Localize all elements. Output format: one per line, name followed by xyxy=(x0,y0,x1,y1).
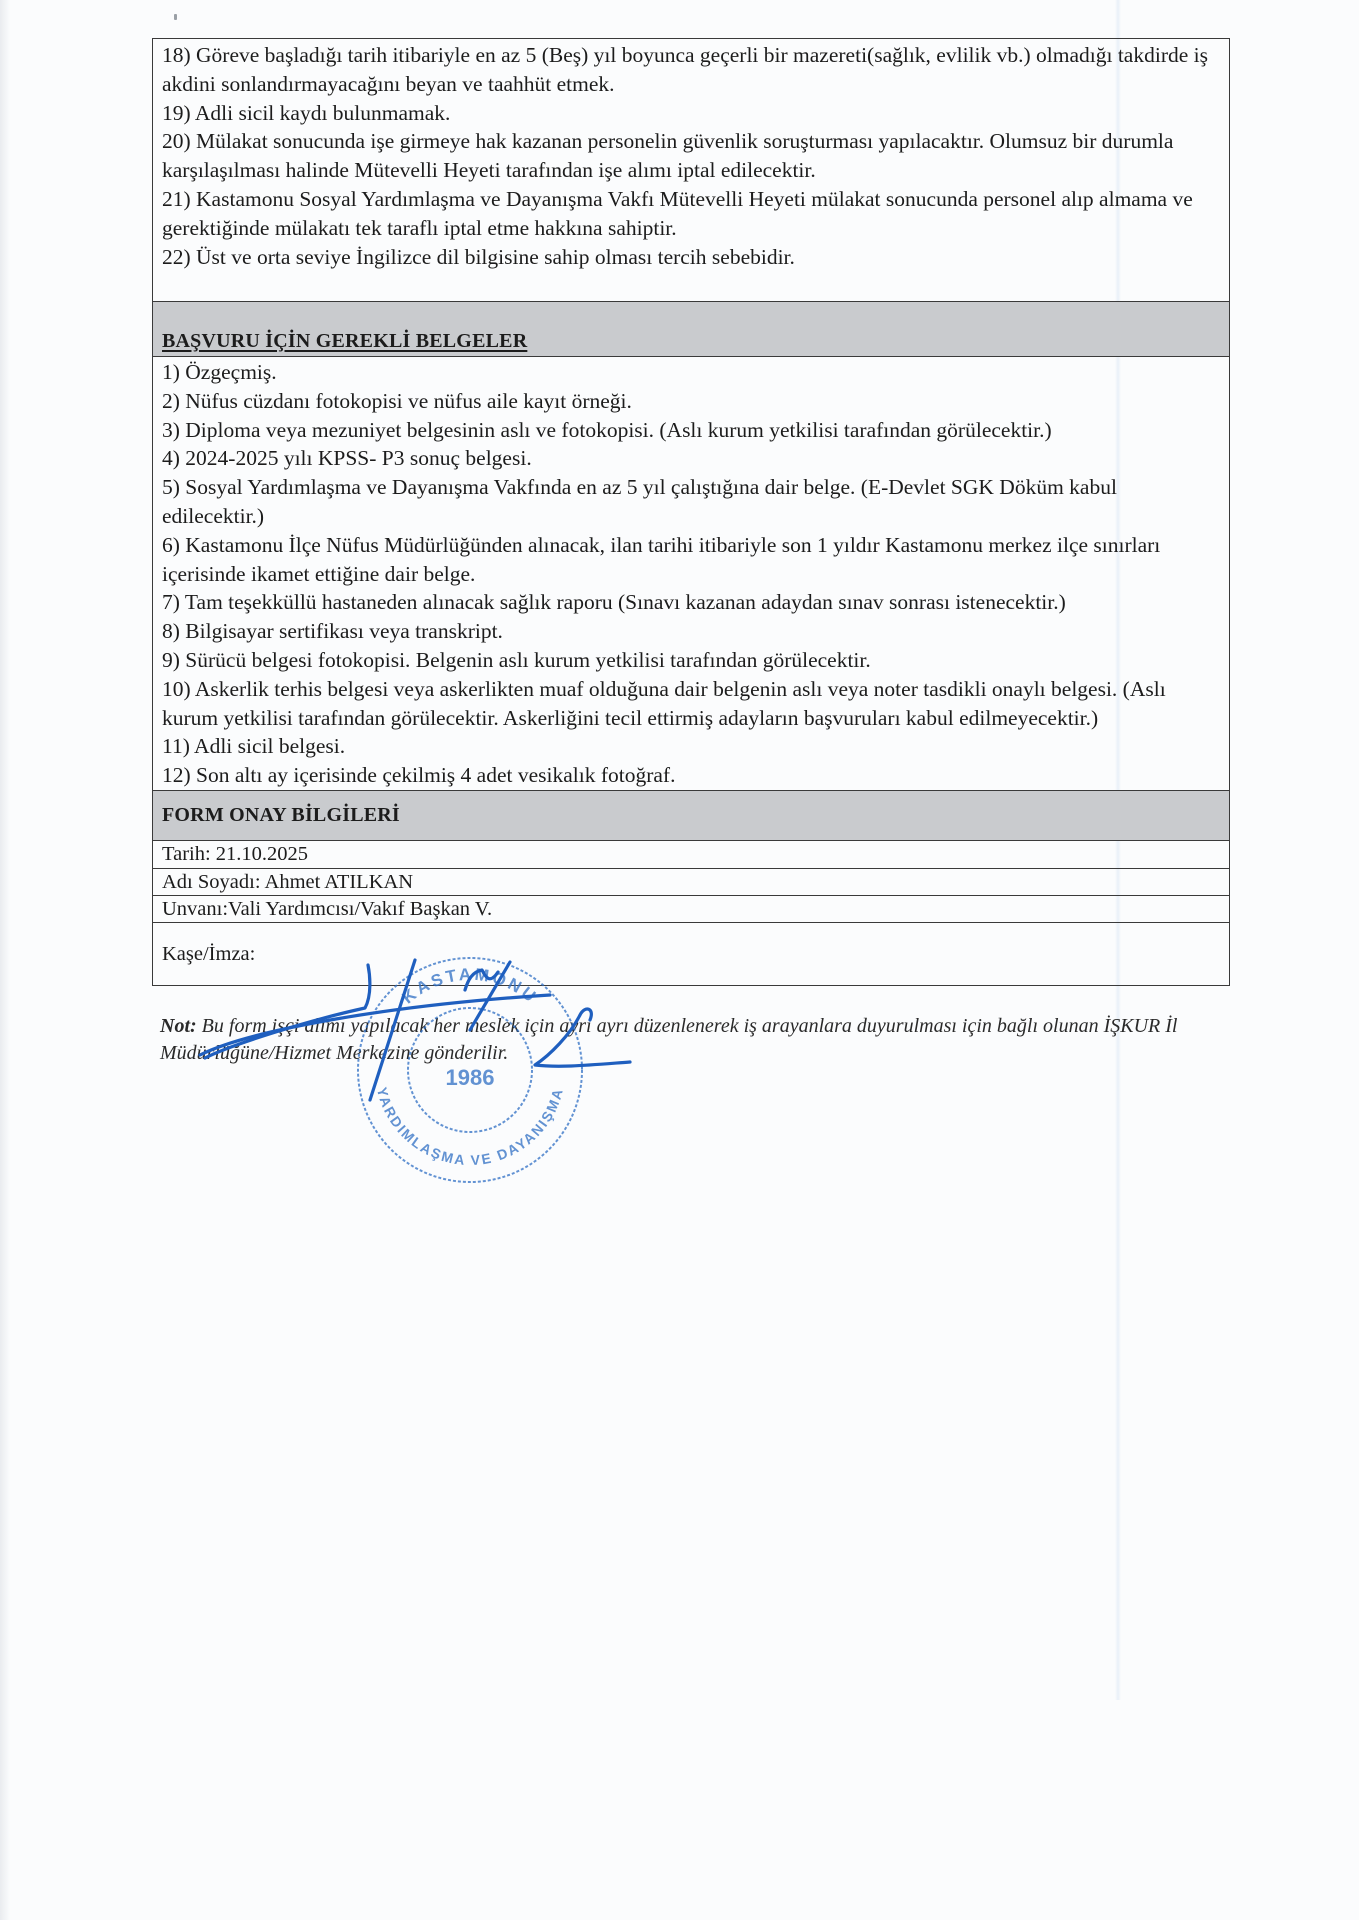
document-item: 1) Özgeçmiş. xyxy=(162,358,1221,387)
document-item: 7) Tam teşekküllü hastaneden alınacak sa… xyxy=(162,588,1221,617)
condition-item: 19) Adli sicil kaydı bulunmamak. xyxy=(162,99,1221,128)
scan-edge xyxy=(0,0,10,1920)
document-item: 6) Kastamonu İlçe Nüfus Müdürlüğünden al… xyxy=(162,531,1221,589)
condition-item: 18) Göreve başladığı tarih itibariyle en… xyxy=(162,41,1221,99)
svg-text:1986: 1986 xyxy=(446,1065,495,1090)
conditions-section: 18) Göreve başladığı tarih itibariyle en… xyxy=(153,39,1229,301)
document-item: 11) Adli sicil belgesi. xyxy=(162,732,1221,761)
note-text: Bu form işçi alımı yapılacak her meslek … xyxy=(160,1015,1177,1064)
signature-label: Kaşe/İmza: xyxy=(162,941,255,967)
footer-note: Not: Bu form işçi alımı yapılacak her me… xyxy=(160,1013,1250,1067)
signature-row: Kaşe/İmza: xyxy=(153,922,1229,985)
scan-speck xyxy=(174,14,177,20)
required-documents-header: BAŞVURU İÇİN GEREKLİ BELGELER xyxy=(153,301,1229,357)
document-item: 12) Son altı ay içerisinde çekilmiş 4 ad… xyxy=(162,761,1221,790)
note-label: Not: xyxy=(160,1015,197,1037)
approval-header: FORM ONAY BİLGİLERİ xyxy=(153,790,1229,841)
approval-name: Adı Soyadı: Ahmet ATILKAN xyxy=(153,868,1229,895)
document-item: 5) Sosyal Yardımlaşma ve Dayanışma Vakfı… xyxy=(162,473,1221,531)
svg-text:YARDIMLAŞMA VE DAYANIŞMA: YARDIMLAŞMA VE DAYANIŞMA xyxy=(374,1085,566,1168)
section-title: BAŞVURU İÇİN GEREKLİ BELGELER xyxy=(162,330,527,353)
approval-position: Unvanı:Vali Yardımcısı/Vakıf Başkan V. xyxy=(153,895,1229,922)
condition-item: 22) Üst ve orta seviye İngilizce dil bil… xyxy=(162,243,1221,272)
document-item: 8) Bilgisayar sertifikası veya transkrip… xyxy=(162,617,1221,646)
section-title: FORM ONAY BİLGİLERİ xyxy=(162,804,400,827)
document-item: 3) Diploma veya mezuniyet belgesinin asl… xyxy=(162,416,1221,445)
required-documents-section: 1) Özgeçmiş. 2) Nüfus cüzdanı fotokopisi… xyxy=(153,357,1229,790)
document-item: 2) Nüfus cüzdanı fotokopisi ve nüfus ail… xyxy=(162,387,1221,416)
condition-item: 21) Kastamonu Sosyal Yardımlaşma ve Daya… xyxy=(162,185,1221,243)
document-item: 4) 2024-2025 yılı KPSS- P3 sonuç belgesi… xyxy=(162,444,1221,473)
approval-section: Tarih: 21.10.2025 Adı Soyadı: Ahmet ATIL… xyxy=(153,841,1229,985)
job-form-table: 18) Göreve başladığı tarih itibariyle en… xyxy=(152,38,1230,986)
document-item: 10) Askerlik terhis belgesi veya askerli… xyxy=(162,675,1221,733)
condition-item: 20) Mülakat sonucunda işe girmeye hak ka… xyxy=(162,127,1221,185)
approval-date: Tarih: 21.10.2025 xyxy=(153,841,1229,868)
document-item: 9) Sürücü belgesi fotokopisi. Belgenin a… xyxy=(162,646,1221,675)
